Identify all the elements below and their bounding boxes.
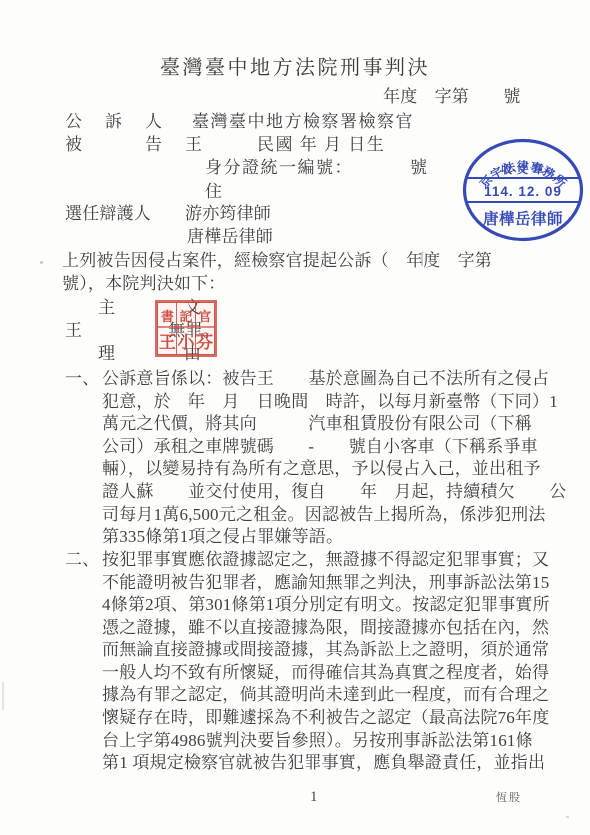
prosecutor-label: 公 訴 人 <box>65 111 165 133</box>
defendant-name: 王 <box>185 134 202 156</box>
clerk-seal-name-char: 小 <box>176 326 196 354</box>
para-1-line-0: 公訴意旨係以：被告王 基於意圖為自己不法所有之侵占 <box>102 368 549 390</box>
para-2-line-5: 一般人均不致有所懷疑，而得確信其為真實之程度者，始得 <box>102 662 549 684</box>
para-1-line-1: 犯意，於 年 月 日晚間 時許，以每月新臺幣（下同）1 <box>102 391 558 413</box>
receipt-date-text: 114. 12. 09 <box>484 184 562 199</box>
para-2-line-2: 4條第2項、第301條第1項分別定有明文。按認定犯罪事實所 <box>102 594 550 616</box>
para-1-line-6: 司每月1萬6,500元之租金。因認被告上揭所為，係涉犯刑法 <box>102 504 546 526</box>
clerk-seal-name-char: 芬 <box>195 326 215 354</box>
clerk-seal-title-char: 書 <box>157 302 177 327</box>
para-2-line-1: 不能證明被告犯罪者，應諭知無罪之判決，刑事訴訟法第15 <box>102 572 549 594</box>
scan-edge-line <box>2 682 4 710</box>
para-2-line-0: 按犯罪事實應依證據認定之，無證據不得認定犯罪事實；又 <box>102 549 549 571</box>
scan-speck <box>40 261 43 264</box>
id-number-label: 身分證統一編號： <box>205 157 353 179</box>
case-number-line: 年度 字第 號 <box>383 86 521 108</box>
id-number-suffix: 號 <box>410 157 427 179</box>
para-1-line-2: 萬元之代價，將其向 汽車租賃股份有限公司（下稱 <box>102 413 532 435</box>
redaction-remnant-mark <box>421 252 423 266</box>
para-2-line-7: 懷疑存在時，即難遽採為不利被告之認定（最高法院76年度 <box>102 707 549 729</box>
clerk-seal-title-row: 書 記 官 <box>158 303 214 327</box>
intro-line-2: 號），本院判決如下： <box>62 273 226 295</box>
para-2-number: 二、 <box>65 549 99 571</box>
clerk-seal-title-char: 官 <box>195 302 215 327</box>
clerk-seal-stamp: 書 記 官 王 小 芬 <box>155 300 217 357</box>
clerk-seal-title-char: 記 <box>176 302 196 327</box>
defendant-label: 被 告 <box>65 134 165 156</box>
para-2-line-4: 而無論直接證據或間接證據，其為訴訟上之證明，須於通常 <box>102 639 549 661</box>
para-2-line-8: 台上字第4986號判決要旨參照）。另按刑事訴訟法第161條 <box>102 730 533 752</box>
para-2-line-6: 據為有罪之認定，倘其證明尚未達到此一程度，而有合理之 <box>102 684 549 706</box>
para-2-line-9: 第1 項規定檢察官就被告犯罪事實，應負舉證責任，並指出 <box>102 752 545 774</box>
clerk-seal-name-row: 王 小 芬 <box>158 327 214 354</box>
intro-line-1: 上列被告因侵占案件，經檢察官提起公訴（ 年度 字第 <box>62 250 492 272</box>
division-label: 恆股 <box>496 791 522 805</box>
scan-speck <box>566 816 569 818</box>
para-1-line-3: 公司）承租之車牌號碼 - 號自小客車（下稱系爭車 <box>102 436 538 458</box>
defendant-birth: 民國 年 月 日生 <box>257 134 385 156</box>
redaction-remnant-mark <box>189 393 191 406</box>
para-1-number: 一、 <box>65 368 99 390</box>
para-2-line-3: 憑之證據，雖不以直接證據為限，間接證據亦包括在內，然 <box>102 617 549 639</box>
para-1-line-4: 輛），以變易持有為所有之意思，予以侵占入己，並出租予 <box>102 458 541 480</box>
para-1-line-7: 第335條第1項之侵占罪嫌等語。 <box>102 526 343 548</box>
para-1-line-5: 證人蘇 並交付使用，復自 年 月起，持續積欠 公 <box>102 481 566 503</box>
residence-label: 住 <box>205 181 222 203</box>
page-number: 1 <box>310 788 318 808</box>
receipt-label-text: 收文章 <box>501 162 549 176</box>
court-judgment-page: 臺灣臺中地方法院刑事判決 年度 字第 號 公 訴 人 臺灣臺中地方檢察署檢察官 … <box>0 0 590 835</box>
court-title: 臺灣臺中地方法院刑事判決 <box>0 55 590 81</box>
counsel-name-2: 唐樺岳律師 <box>187 226 273 248</box>
counsel-name-1: 游亦筠律師 <box>185 203 271 225</box>
counsel-label: 選任辯護人 <box>65 203 151 225</box>
law-firm-receipt-stamp: 京宇法律事務所 收文章 114. 12. 09 唐樺岳律師 <box>461 138 585 242</box>
receipt-lawyer-name-text: 唐樺岳律師 <box>483 209 563 228</box>
prosecutor-name: 臺灣臺中地方檢察署檢察官 <box>192 111 414 133</box>
clerk-seal-name-char: 王 <box>157 326 177 354</box>
